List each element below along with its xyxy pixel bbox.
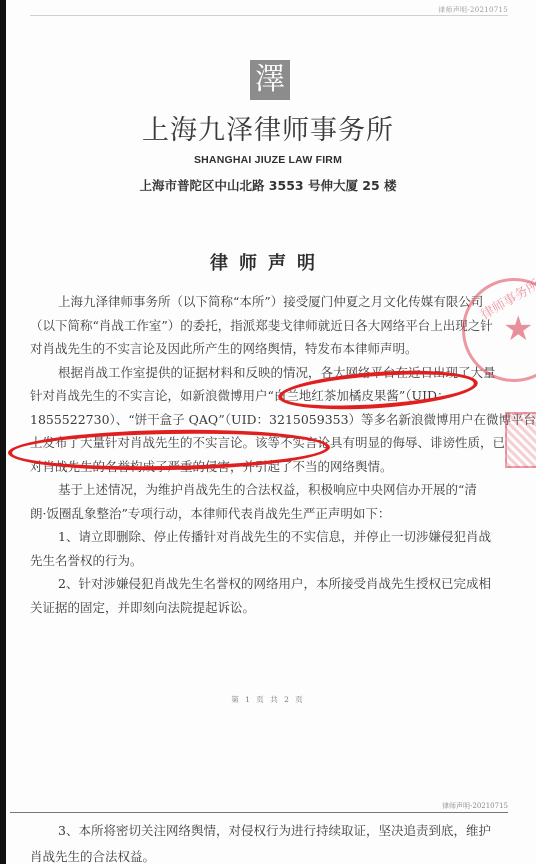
firm-address: 上海市普陀区中山北路 3553 号伸大厦 25 楼 xyxy=(0,176,536,194)
paragraph-line: 上海九泽律师事务所（以下简称“本所”）接受厦门仲夏之月文化传媒有限公司 xyxy=(30,290,508,314)
firm-name-english: SHANGHAI JIUZE LAW FIRM xyxy=(0,154,536,166)
header-rule xyxy=(30,15,508,16)
list-item-1-cont: 先生名誉权的行为。 xyxy=(30,549,508,573)
star-icon: ★ xyxy=(503,309,533,349)
list-item-3-cont: 肖战先生的合法权益。 xyxy=(30,844,508,864)
paragraph-line: 朗·饭圈乱象整治”专项行动，本律师代表肖战先生严正声明如下： xyxy=(30,502,508,526)
square-seal-stamp xyxy=(505,412,536,468)
paragraph-line: 对肖战先生的不实言论及因此所产生的网络舆情，特发布本律师声明。 xyxy=(30,337,508,361)
list-item-2-cont: 关证据的固定，并即刻向法院提起诉讼。 xyxy=(30,596,508,620)
page-number: 第 1 页 共 2 页 xyxy=(0,694,536,705)
page2-body: 3、本所将密切关注网络舆情，对侵权行为进行持续取证，坚决追责到底，维护 肖战先生… xyxy=(30,818,508,864)
paragraph-line: 根据肖战工作室提供的证据材料和反映的情况，各大网络平台在近日出现了大量 xyxy=(30,361,508,385)
page2-header-reference: 律师声明-20210715 xyxy=(442,801,508,811)
page2-header-rule xyxy=(10,812,508,813)
list-item-3: 3、本所将密切关注网络舆情，对侵权行为进行持续取证，坚决追责到底，维护 xyxy=(30,818,508,844)
paragraph-line: 1855522730）、“饼干盒子 QAQ”（UID：3215059353）等多… xyxy=(30,408,508,432)
list-item-1: 1、请立即删除、停止传播针对肖战先生的不实信息，并停止一切涉嫌侵犯肖战 xyxy=(30,525,508,549)
firm-logo-icon: 澤 xyxy=(250,60,290,100)
firm-name-chinese: 上海九泽律师事务所 xyxy=(0,108,536,147)
list-item-2: 2、针对涉嫌侵犯肖战先生名誉权的网络用户，本所接受肖战先生授权已完成相 xyxy=(30,572,508,596)
document-title: 律师声明 xyxy=(0,249,536,275)
paragraph-line: 基于上述情况，为维护肖战先生的合法权益，积极响应中央网信办开展的“清 xyxy=(30,478,508,502)
paragraph-line: （以下简称“肖战工作室”）的委托，指派郑斐戈律师就近日各大网络平台上出现之针 xyxy=(30,314,508,338)
statement-body: 上海九泽律师事务所（以下简称“本所”）接受厦门仲夏之月文化传媒有限公司 （以下简… xyxy=(30,290,508,619)
paragraph-line: 对肖战先生的名誉构成了严重的侵害，并引起了不当的网络舆情。 xyxy=(30,455,508,479)
header-reference: 律师声明-20210715 xyxy=(438,5,508,15)
paragraph-line: 上发布了大量针对肖战先生的不实言论。该等不实言论具有明显的侮辱、诽谤性质，已 xyxy=(30,431,508,455)
paragraph-line: 针对肖战先生的不实言论，如新浪微博用户“白兰地红茶加橘皮果酱”（UID： xyxy=(30,384,508,408)
